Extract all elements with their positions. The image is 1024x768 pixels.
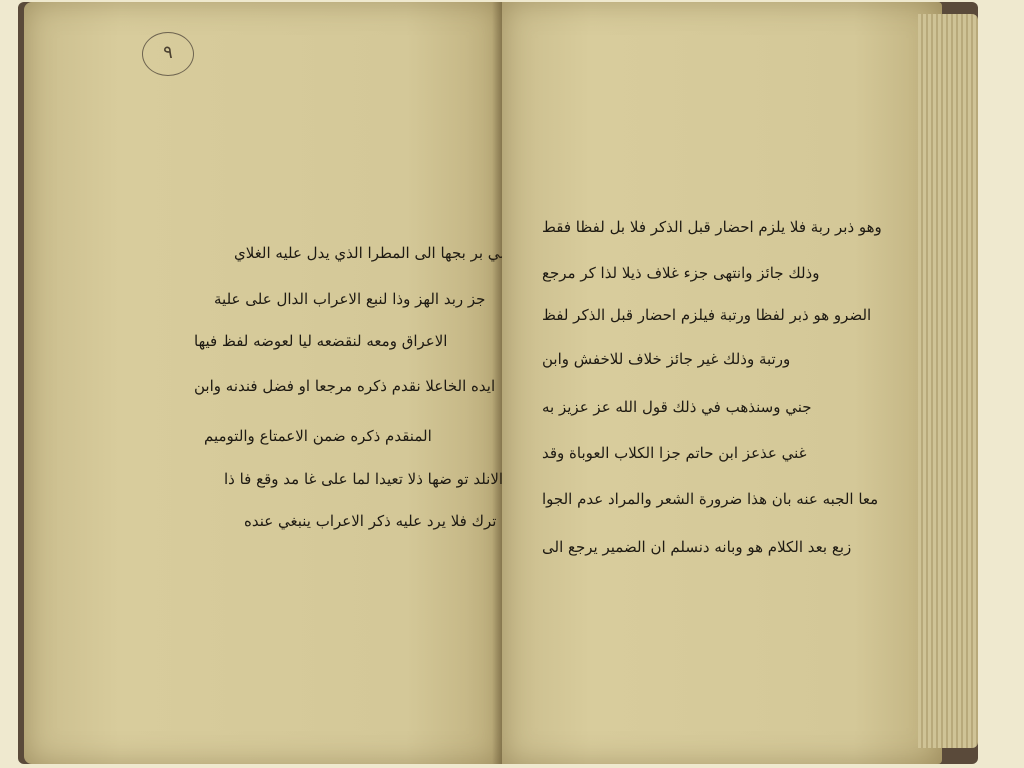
manuscript-book: ٩ الى العمولي بر بجها الى المطرا الذي يد… bbox=[18, 2, 978, 764]
main-line: غني عذعز ابن حاتم جزا الكلاب العوباة وقد bbox=[542, 444, 807, 462]
main-line: معا الجبه عنه بان هذا ضرورة الشعر والمرا… bbox=[542, 490, 878, 508]
main-line: ايده الخاعلا نقدم ذكره مرجعا او فضل فندن… bbox=[194, 377, 495, 395]
main-line: الضرو هو ذبر لفظا ورتبة فيلزم احضار قبل … bbox=[542, 306, 871, 324]
main-line: زبع بعد الكلام هو وبانه دنسلم ان الضمير … bbox=[542, 538, 851, 556]
main-line: الذي ترك فلا يرد عليه ذكر الاعراب ينبغي … bbox=[244, 512, 530, 530]
main-line: وهو ذبر ربة فلا يلزم احضار قبل الذكر فلا… bbox=[542, 218, 882, 236]
right-page: وهو ذبر ربة فلا يلزم احضار قبل الذكر فلا… bbox=[502, 2, 942, 764]
main-line: الانلد تو ضها ذلا تعيدا لما على غا مد وق… bbox=[224, 470, 503, 488]
folio-number: ٩ bbox=[142, 32, 194, 76]
page-edges bbox=[918, 14, 978, 748]
main-line: ورتبة وذلك غير جائز خلاف للاخفش وابن bbox=[542, 350, 790, 368]
main-line: الاعراق ومعه لنقضعه ليا لعوضه لفظ فيها bbox=[194, 332, 447, 350]
main-line: جز ربد الهز وذا لنبع الاعراب الدال على ع… bbox=[214, 290, 485, 308]
main-line: وذلك جائز وانتهى جزء غلاف ذيلا لذا كر مر… bbox=[542, 264, 819, 282]
main-line: جني وسنذهب في ذلك قول الله عز عزيز به bbox=[542, 398, 812, 416]
left-page: ٩ الى العمولي بر بجها الى المطرا الذي يد… bbox=[24, 2, 502, 764]
main-line: المنقدم ذكره ضمن الاعمتاع والتوميم bbox=[204, 427, 432, 445]
